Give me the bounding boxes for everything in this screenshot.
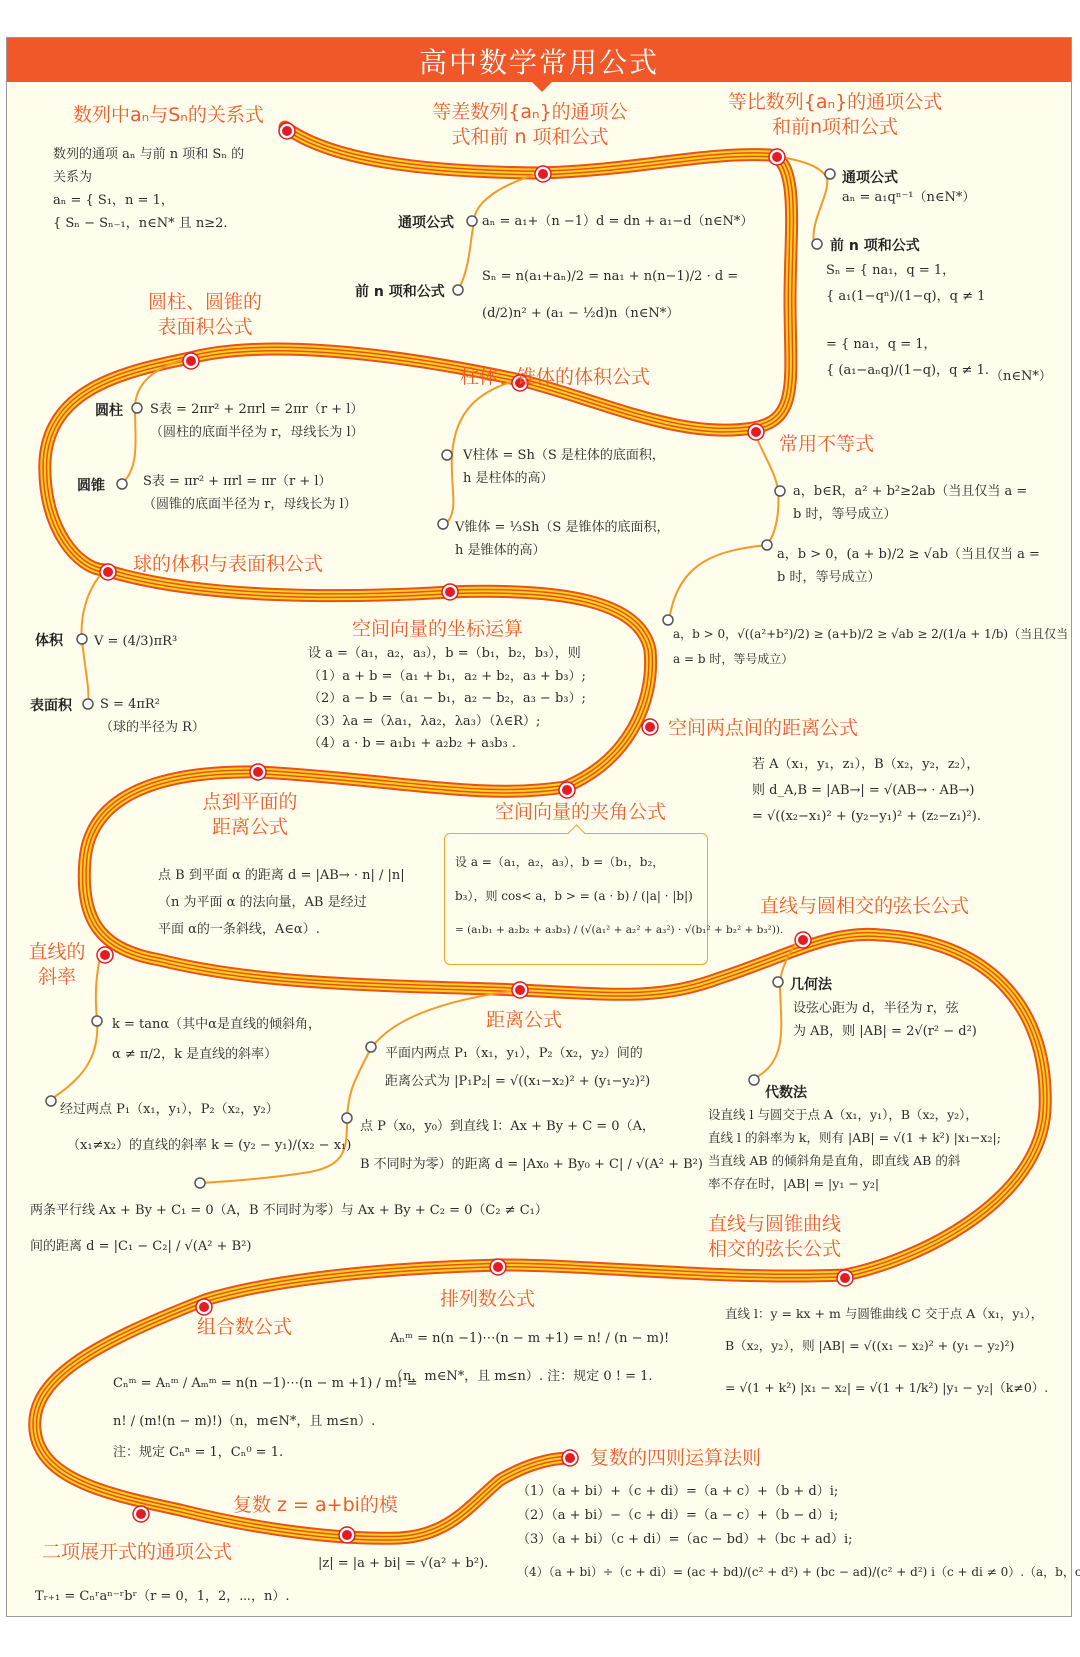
geometric-method-label: 几何法	[790, 974, 832, 994]
heading-cyl-cone: 圆柱、圆锥的 表面积公式	[130, 290, 280, 340]
slope-2: 经过两点 P₁（x₁，y₁），P₂（x₂，y₂） （x₁≠x₂）的直线的斜率 k…	[60, 1092, 351, 1164]
geo-sum-label: 前 n 项和公式	[830, 235, 920, 255]
heading-sphere: 球的体积与表面积公式	[133, 552, 323, 577]
geo-sum-condition: （n∈N*）	[990, 365, 1052, 388]
complex-modulus-formula: |z| = |a + bi| = √(a² + b²).	[318, 1552, 488, 1575]
inequality-2: a，b > 0，(a + b)/2 ≥ √ab（当且仅当 a = b 时，等号成…	[777, 543, 1040, 589]
arith-general-formula: aₙ = a₁+（n −1）d = dn + a₁−d（n∈N*）	[482, 210, 753, 233]
point-plane-text: 点 B 到平面 α 的距离 d = |AB→ · n| / |n| （n 为平面…	[158, 862, 405, 943]
cone-label: 圆锥	[77, 475, 105, 495]
algebraic-method-text: 设直线 l 与圆交于点 A（x₁，y₁），B（x₂，y₂）， 直线 l 的斜率为…	[708, 1103, 1001, 1195]
heading-vector-coord: 空间向量的坐标运算	[352, 617, 523, 642]
combination-text: Cₙᵐ = Aₙᵐ / Aₘᵐ = n(n −1)⋯(n − m +1) / m…	[113, 1365, 418, 1465]
heading-vector-angle: 空间向量的夹角公式	[495, 800, 666, 825]
arith-sum-formula: Sₙ = n(a₁+aₙ)/2 = na₁ + n(n−1)/2 · d = (…	[482, 265, 738, 325]
point-distance-3d-text: 若 A（x₁，y₁，z₁），B（x₂，y₂，z₂）， 则 d_A,B = |AB…	[752, 752, 981, 830]
cylinder-formula: S表 = 2πr² + 2πrl = 2πr（r + l） （圆柱的底面半径为 …	[150, 398, 364, 444]
seq-relation-text: 数列的通项 aₙ 与前 n 项和 Sₙ 的 关系为 aₙ = { S₁，n = …	[53, 143, 244, 235]
heading-chord-conic: 直线与圆锥曲线 相交的弦长公式	[708, 1212, 841, 1262]
heading-slope: 直线的 斜率	[22, 940, 92, 990]
cylinder-label: 圆柱	[95, 400, 123, 420]
chord-conic-text: 直线 l：y = kx + m 与圆锥曲线 C 交于点 A（x₁，y₁）， B（…	[725, 1298, 1048, 1404]
sphere-area-formula: S = 4πR² （球的半径为 R）	[100, 693, 205, 739]
vector-coord-text: 设 a =（a₁，a₂，a₃），b =（b₁，b₂，b₃），则 （1）a + b…	[308, 643, 586, 756]
geometric-method-text: 设弦心距为 d，半径为 r，弦 为 AB，则 |AB| = 2√(r² − d²…	[793, 997, 977, 1043]
heading-binomial: 二项展开式的通项公式	[42, 1540, 232, 1565]
heading-complex-modulus: 复数 z = a+bi的模	[233, 1493, 398, 1518]
heading-seq-relation: 数列中aₙ与Sₙ的关系式	[73, 103, 264, 128]
heading-point-plane: 点到平面的 距离公式	[185, 790, 315, 840]
distance-3: 两条平行线 Ax + By + C₁ = 0（A，B 不同时为零）与 Ax + …	[30, 1193, 548, 1265]
pyramid-volume: V锥体 = ⅓Sh（S 是锥体的底面积， h 是锥体的高）	[455, 516, 669, 562]
distance-2: 点 P（x₀，y₀）到直线 l：Ax + By + C = 0（A， B 不同时…	[360, 1108, 703, 1184]
sphere-volume-label: 体积	[35, 630, 63, 650]
heading-arith-seq: 等差数列{aₙ}的通项公 式和前 n 项和公式	[415, 100, 645, 150]
binomial-formula: Tᵣ₊₁ = Cₙʳaⁿ⁻ʳbʳ（r = 0，1，2，⋯，n）.	[35, 1585, 289, 1608]
heading-point-distance-3d: 空间两点间的距离公式	[668, 716, 858, 741]
inequality-1: a，b∈R，a² + b²≥2ab（当且仅当 a = b 时，等号成立）	[793, 480, 1027, 526]
slope-1: k = tanα（其中α是直线的倾斜角， α ≠ π/2，k 是直线的斜率）	[112, 1010, 321, 1070]
cone-formula: S表 = πr² + πrl = πr（r + l） （圆锥的底面半径为 r，母…	[143, 470, 357, 516]
node-marker	[279, 123, 295, 139]
geo-general-formula: aₙ = a₁qⁿ⁻¹（n∈N*）	[842, 186, 975, 209]
heading-permutation: 排列数公式	[440, 1287, 535, 1312]
geo-sum-formula: Sₙ = { na₁，q = 1， { a₁(1−qⁿ)/(1−q)，q ≠ 1…	[826, 258, 989, 384]
arith-general-label: 通项公式	[398, 212, 454, 232]
sphere-volume-formula: V = (4/3)πR³	[94, 630, 177, 653]
inequality-3: a，b > 0，√((a²+b²)/2) ≥ (a+b)/2 ≥ √ab ≥ 2…	[673, 622, 1068, 672]
heading-complex-ops: 复数的四则运算法则	[590, 1446, 761, 1471]
vector-angle-text: 设 a =（a₁，a₂，a₃），b =（b₁，b₂， b₃），则 cos< a，…	[455, 845, 783, 947]
heading-inequalities: 常用不等式	[779, 432, 874, 457]
heading-chord-circle: 直线与圆相交的弦长公式	[760, 894, 969, 919]
prism-volume: V柱体 = Sh（S 是柱体的底面积， h 是柱体的高）	[463, 444, 665, 490]
permutation-text: Aₙᵐ = n(n −1)⋯(n − m +1) = n! / (n − m)!…	[390, 1320, 669, 1396]
heading-distance: 距离公式	[486, 1008, 562, 1033]
heading-combination: 组合数公式	[197, 1315, 292, 1340]
sphere-area-label: 表面积	[30, 695, 72, 715]
heading-geo-seq: 等比数列{aₙ}的通项公式 和前n项和公式	[715, 90, 955, 140]
distance-1: 平面内两点 P₁（x₁，y₁），P₂（x₂，y₂）间的 距离公式为 |P₁P₂|…	[385, 1040, 650, 1096]
arith-sum-label: 前 n 项和公式	[355, 281, 445, 301]
complex-ops-text: （1）（a + bi）+（c + di）=（a + c）+（b + d）i; （…	[517, 1480, 1080, 1584]
algebraic-method-label: 代数法	[765, 1082, 807, 1102]
geo-general-label: 通项公式	[842, 167, 898, 187]
heading-volume: 柱体、锥体的体积公式	[460, 365, 650, 390]
